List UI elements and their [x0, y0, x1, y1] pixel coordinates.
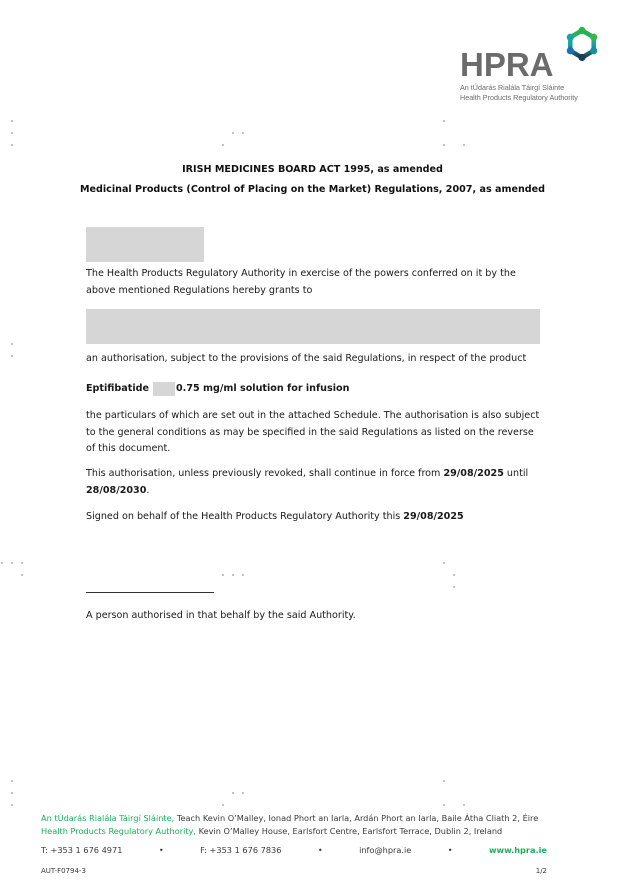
product-name-part2: 0.75 mg/ml solution for infusion: [176, 381, 349, 398]
signatory-caption: A person authorised in that behalf by th…: [86, 608, 546, 625]
signed-prefix: Signed on behalf of the Health Products …: [86, 511, 403, 522]
footer-irish-address-text: Teach Kevin O’Malley, Ionad Phort an Iar…: [174, 813, 538, 823]
signed-text: Signed on behalf of the Health Products …: [86, 509, 546, 526]
footer-website-link[interactable]: www.hpra.ie: [489, 845, 547, 855]
validity-suffix: .: [146, 485, 149, 496]
footer-contacts: T: +353 1 676 4971 • F: +353 1 676 7836 …: [41, 845, 547, 855]
signature-line: [86, 592, 214, 593]
footer-meta: AUT-F0794-3 1/2: [41, 867, 547, 875]
redacted-reference: [86, 227, 204, 262]
footer-english-name: Health Products Regulatory Authority,: [41, 826, 196, 836]
product-name-part1: Eptifibatide: [86, 381, 149, 398]
hpra-molecule-icon: [564, 26, 600, 62]
logo-subtitle-english: Health Products Regulatory Authority: [460, 94, 578, 101]
redacted-product-word: [153, 382, 175, 396]
grant-intro-text: The Health Products Regulatory Authority…: [86, 266, 546, 299]
footer-irish-name: An tÚdarás Rialála Táirgí Sláinte,: [41, 813, 174, 823]
footer-fax: F: +353 1 676 7836: [200, 845, 281, 855]
valid-from-date: 29/08/2025: [443, 468, 503, 479]
redacted-holder: [86, 309, 540, 344]
particulars-text: the particulars of which are set out in …: [86, 408, 546, 458]
validity-text: This authorisation, unless previously re…: [86, 466, 546, 499]
act-heading: IRISH MEDICINES BOARD ACT 1995, as amend…: [0, 164, 625, 175]
hpra-logo: HPRA An tÚdarás Rialála Táirgí Sláinte H…: [460, 26, 610, 106]
page-number: 1/2: [536, 867, 547, 875]
footer-separator: •: [448, 845, 453, 855]
authorisation-intro-text: an authorisation, subject to the provisi…: [86, 351, 546, 368]
footer-irish-address: An tÚdarás Rialála Táirgí Sláinte, Teach…: [41, 813, 538, 823]
footer-email-link[interactable]: info@hpra.ie: [359, 845, 411, 855]
footer-separator: •: [318, 845, 323, 855]
form-code: AUT-F0794-3: [41, 867, 86, 875]
signed-date: 29/08/2025: [403, 511, 463, 522]
footer-english-address: Health Products Regulatory Authority, Ke…: [41, 826, 502, 836]
validity-middle: until: [504, 468, 528, 479]
footer-separator: •: [159, 845, 164, 855]
footer-english-address-text: Kevin O’Malley House, Earlsfort Centre, …: [196, 826, 502, 836]
regulations-heading: Medicinal Products (Control of Placing o…: [0, 184, 625, 195]
footer-phone: T: +353 1 676 4971: [41, 845, 122, 855]
valid-until-date: 28/08/2030: [86, 485, 146, 496]
logo-subtitle-irish: An tÚdarás Rialála Táirgí Sláinte: [460, 84, 564, 91]
validity-prefix: This authorisation, unless previously re…: [86, 468, 443, 479]
product-name: Eptifibatide 0.75 mg/ml solution for inf…: [86, 381, 546, 398]
logo-wordmark: HPRA: [460, 48, 554, 81]
